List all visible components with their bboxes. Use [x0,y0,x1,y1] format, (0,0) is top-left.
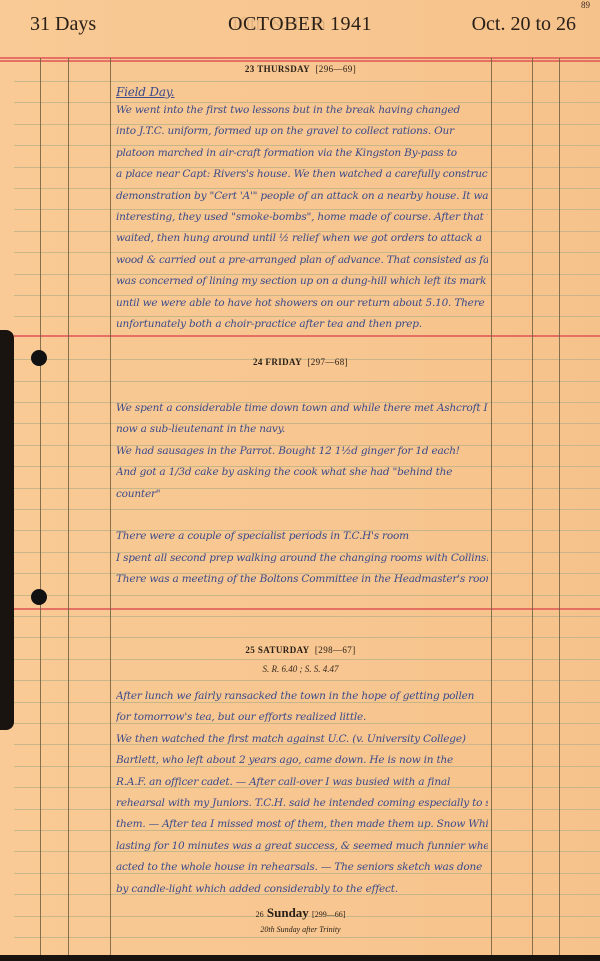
ruled-line [14,702,600,703]
handwritten-line: There was a meeting of the Boltons Commi… [116,573,488,585]
handwritten-line: unfortunately both a choir-practice afte… [116,318,488,330]
diary-page: 89 10th & 11th 31 Days OCTOBER 1941 Oct.… [0,0,600,955]
ruled-line [14,595,600,596]
ruled-line [14,102,600,103]
day-heading-saturday: 25 SATURDAY [298—67] [110,645,491,655]
ruled-line [14,616,600,617]
day-divider [14,335,600,337]
column-rule [68,58,69,955]
day-divider [14,608,600,610]
ruled-line [14,509,600,510]
handwritten-line: R.A.F. an officer cadet. — After call-ov… [116,776,488,788]
ruled-line [14,381,600,382]
handwritten-line: for tomorrow's tea, but our efforts real… [116,711,488,723]
handwritten-line: We then watched the first match against … [116,733,488,745]
day-heading-friday: 24 FRIDAY [297—68] [110,357,491,367]
handwritten-line: a place near Capt: Rivers's house. We th… [116,168,488,180]
handwritten-line: now a sub-lieutenant in the navy. [116,423,488,435]
ruled-line [14,316,600,317]
handwritten-line: lasting for 10 minutes was a great succe… [116,840,488,852]
handwritten-line: waited, then hung around until ½ relief … [116,232,488,244]
handwritten-line: There were a couple of specialist period… [116,530,488,542]
handwritten-line: by candle-light which added considerably… [116,883,488,895]
entry-title: Field Day. [116,85,488,99]
handwritten-line: We went into the first two lessons but i… [116,104,488,116]
day-heading-sunday: 26 26 SundaySunday [299—66] [110,905,491,921]
page-number: 89 [581,0,590,10]
column-rule [559,58,560,955]
ruled-line [14,937,600,938]
handwritten-line: Bartlett, who left about 2 years ago, ca… [116,754,488,766]
ruled-line [14,209,600,210]
handwritten-line: I spent all second prep walking around t… [116,552,488,564]
handwritten-line: counter" [116,488,488,500]
handwritten-line: And got a 1/3d cake by asking the cook w… [116,466,488,478]
torn-page-edge [0,330,14,730]
ruled-line [14,680,600,681]
page-header: 89 10th & 11th 31 Days OCTOBER 1941 Oct.… [0,0,600,56]
ruled-line [14,659,600,660]
day-heading-thursday: 23 THURSDAY [296—69] [110,64,491,74]
column-rule [491,58,492,955]
handwritten-line: platoon marched in air-craft formation v… [116,147,488,159]
handwritten-line: After lunch we fairly ransacked the town… [116,690,488,702]
handwritten-line: interesting, they used "smoke-bombs", ho… [116,211,488,223]
handwritten-line: acted to the whole house in rehearsals. … [116,861,488,873]
column-rule [532,58,533,955]
handwritten-line: rehearsal with my Juniors. T.C.H. said h… [116,797,488,809]
header-rule [0,57,600,59]
column-rule [110,58,111,955]
handwritten-line: demonstration by "Cert 'A'" people of an… [116,190,488,202]
ruled-line [14,637,600,638]
header-rule [0,60,600,62]
handwritten-line: We had sausages in the Parrot. Bought 12… [116,445,488,457]
sunday-subtitle: 20th Sunday after Trinity [110,925,491,934]
handwritten-line: wood & carried out a pre-arranged plan o… [116,254,488,266]
week-range: Oct. 20 to 26 [472,13,576,36]
handwritten-line: We spent a considerable time down town a… [116,402,488,414]
punch-hole-bottom [31,589,47,605]
ruled-line [14,809,600,810]
handwritten-line: was concerned of lining my section up on… [116,275,488,287]
sunrise-sunset: S. R. 6.40 ; S. S. 4.47 [110,664,491,674]
column-rule [40,58,41,955]
handwritten-line: into J.T.C. uniform, formed up on the gr… [116,125,488,137]
ruled-line [14,81,600,82]
handwritten-line: them. — After tea I missed most of them,… [116,818,488,830]
handwritten-line: until we were able to have hot showers o… [116,297,488,309]
punch-hole-top [31,350,47,366]
